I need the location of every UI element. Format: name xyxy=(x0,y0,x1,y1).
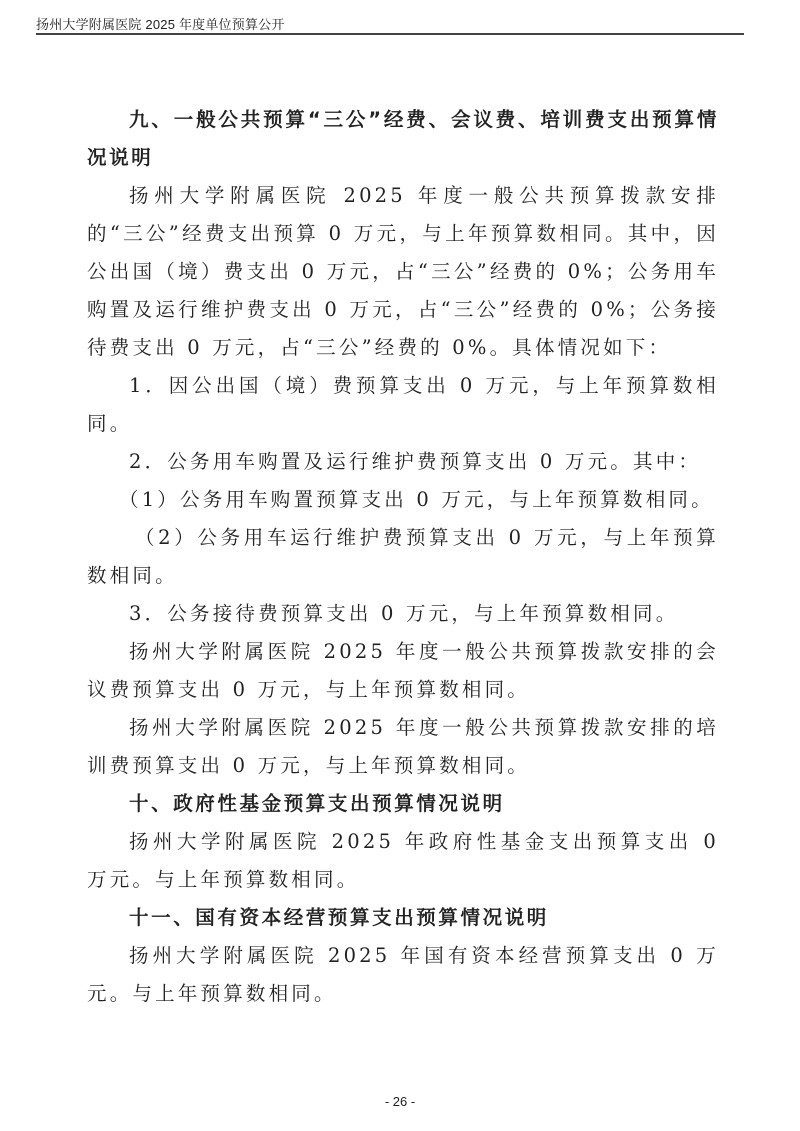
sub-item-2: （2）公务用车运行维护费预算支出 0 万元，与上年预算数相同。 xyxy=(87,519,719,595)
header-divider xyxy=(36,33,744,35)
list-item-2: 2．公务用车购置及运行维护费预算支出 0 万元。其中： xyxy=(87,443,719,481)
list-item-3: 3．公务接待费预算支出 0 万元，与上年预算数相同。 xyxy=(87,595,719,633)
page-number: - 26 - xyxy=(0,1094,800,1109)
paragraph-government-fund: 扬州大学附属医院 2025 年政府性基金支出预算支出 0 万元。与上年预算数相同… xyxy=(87,823,719,899)
section-heading-11: 十一、国有资本经营预算支出预算情况说明 xyxy=(87,899,719,937)
paragraph-sangong-summary: 扬州大学附属医院 2025 年度一般公共预算拨款安排的“三公”经费支出预算 0 … xyxy=(87,177,719,367)
section-heading-9: 九、一般公共预算“三公”经费、会议费、培训费支出预算情况说明 xyxy=(87,101,719,177)
paragraph-state-capital: 扬州大学附属医院 2025 年国有资本经营预算支出 0 万元。与上年预算数相同。 xyxy=(87,937,719,1013)
paragraph-meeting-fee: 扬州大学附属医院 2025 年度一般公共预算拨款安排的会议费预算支出 0 万元，… xyxy=(87,633,719,709)
sub-item-1: （1）公务用车购置预算支出 0 万元，与上年预算数相同。 xyxy=(87,481,719,519)
document-body: 九、一般公共预算“三公”经费、会议费、培训费支出预算情况说明 扬州大学附属医院 … xyxy=(87,101,719,1013)
running-header-title: 扬州大学附属医院 2025 年度单位预算公开 xyxy=(36,14,486,33)
paragraph-training-fee: 扬州大学附属医院 2025 年度一般公共预算拨款安排的培训费预算支出 0 万元，… xyxy=(87,709,719,785)
section-heading-10: 十、政府性基金预算支出预算情况说明 xyxy=(87,785,719,823)
list-item-1: 1．因公出国（境）费预算支出 0 万元，与上年预算数相同。 xyxy=(87,367,719,443)
